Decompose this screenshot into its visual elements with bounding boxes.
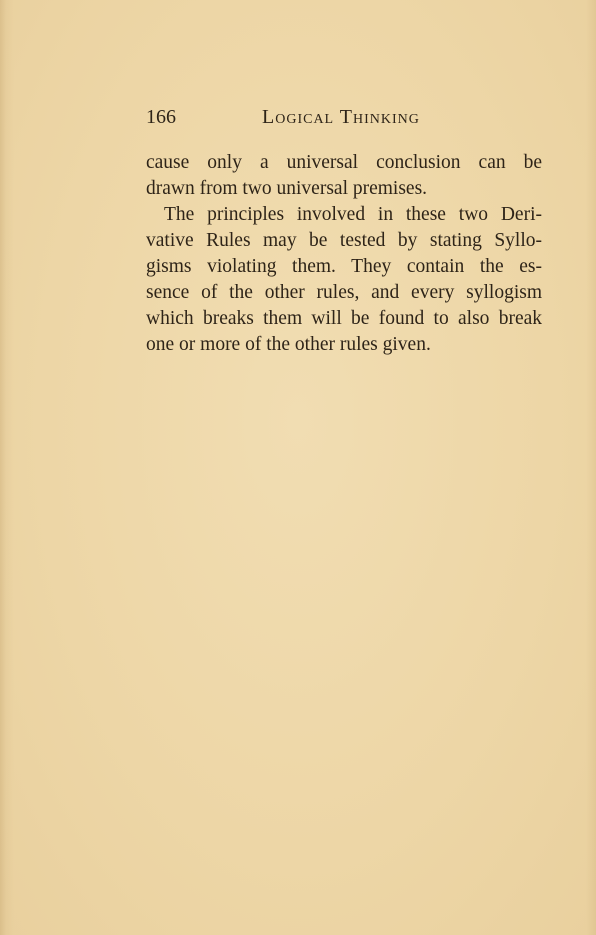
paragraph-derivative-rules: The principles involved in these two Der… xyxy=(146,202,542,358)
text-line: cause only a universal conclusion can be xyxy=(146,150,542,176)
paragraph-continuation: cause only a universal conclusion can be… xyxy=(146,150,542,202)
text-line: gisms violating them. They contain the e… xyxy=(146,254,542,280)
text-line: which breaks them will be found to also … xyxy=(146,306,542,332)
text-line: sence of the other rules, and every syll… xyxy=(146,280,542,306)
text-line: drawn from two universal premises. xyxy=(146,176,542,202)
book-title: Logical Thinking xyxy=(262,104,420,130)
page-number: 166 xyxy=(146,104,176,130)
running-head: 166 Logical Thinking xyxy=(146,104,542,130)
text-line: The principles involved in these two Der… xyxy=(146,202,542,228)
text-line: one or more of the other rules given. xyxy=(146,332,542,358)
book-page: 166 Logical Thinking cause only a univer… xyxy=(0,0,596,935)
body-text: cause only a universal conclusion can be… xyxy=(146,150,542,358)
text-line: vative Rules may be tested by stating Sy… xyxy=(146,228,542,254)
